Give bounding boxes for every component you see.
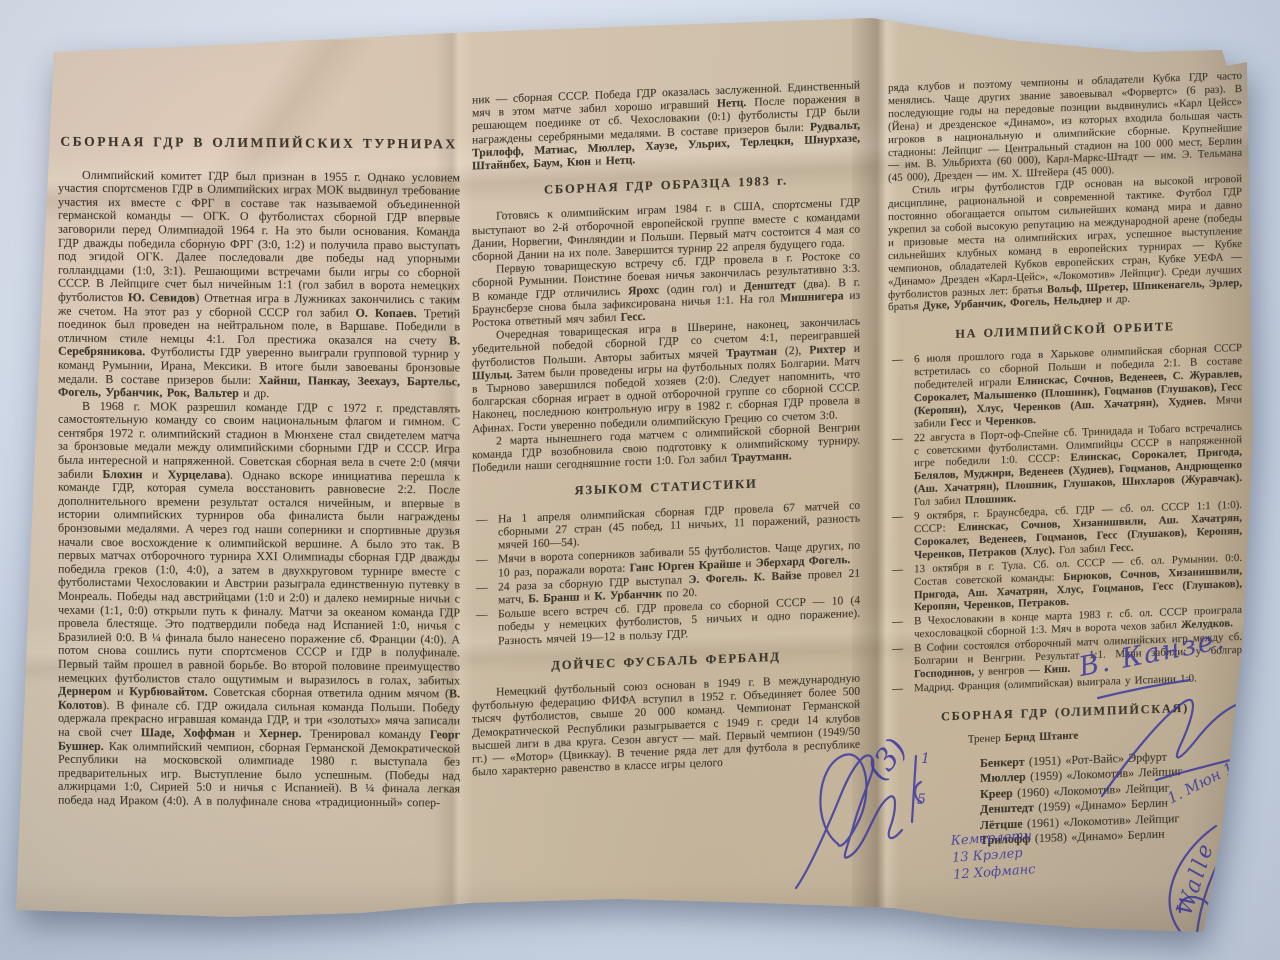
brochure-paper: СБОРНАЯ ГДР В ОЛИМПИЙСКИХ ТУРНИРАХОлимпи… <box>0 0 1280 960</box>
paragraph-text: ник — сборная СССР. Победа ГДР оказалась… <box>472 79 860 173</box>
bulleted-entry: —22 августа в Порт-оф-Спейне сб. Тринида… <box>888 420 1242 510</box>
handwritten-vertical-signature: Walle <box>1172 839 1219 919</box>
paragraph-text: Немецкий футбольный союз основан в 1949 … <box>472 671 860 778</box>
handwritten-notes-block: Кемерлети 13 Крэлер 12 Хофманс <box>950 827 1036 884</box>
handwritten-mark-one: 1 <box>921 751 930 767</box>
column-left: СБОРНАЯ ГДР В ОЛИМПИЙСКИХ ТУРНИРАХОлимпи… <box>58 135 460 810</box>
dash-marker: — <box>476 581 488 595</box>
paragraph-text: Олимпийский комитет ГДР был признан в 19… <box>58 168 460 402</box>
dash-marker: — <box>892 511 903 524</box>
dash-marker: — <box>892 432 903 445</box>
dash-marker: — <box>892 354 903 367</box>
paragraph-text: Стиль игры футболистов ГДР основан на вы… <box>888 173 1242 314</box>
paper-shadow-wrap: СБОРНАЯ ГДР В ОЛИМПИЙСКИХ ТУРНИРАХОлимпи… <box>0 0 1280 960</box>
section-heading: ЯЗЫКОМ СТАТИСТИКИ <box>472 474 860 502</box>
paragraph-text: ряда клубов и поэтому чемпионы и обладат… <box>888 70 1242 186</box>
section-heading: СБОРНАЯ ГДР В ОЛИМПИЙСКИХ ТУРНИРАХ <box>58 135 460 151</box>
column-middle: ник — сборная СССР. Победа ГДР оказалась… <box>472 79 860 779</box>
bulleted-entry: —6 июля прошлого года в Харькове олимпий… <box>888 342 1242 432</box>
dash-marker: — <box>476 553 488 567</box>
handwritten-mark-five: 5 <box>917 792 926 808</box>
photo-of-brochure: СБОРНАЯ ГДР В ОЛИМПИЙСКИХ ТУРНИРАХОлимпи… <box>0 0 1280 960</box>
dash-marker: — <box>892 643 903 656</box>
dash-marker: — <box>476 608 488 622</box>
column-right: ряда клубов и поэтому чемпионы и обладат… <box>888 70 1242 852</box>
section-heading: ДОЙЧЕС ФУСБАЛЬ ФЕРБАНД <box>472 647 860 675</box>
dash-marker: — <box>892 616 903 629</box>
trainer-line: Тренер Бернд Штанге <box>888 724 1242 749</box>
section-heading: НА ОЛИМПИЙСКОЙ ОРБИТЕ <box>888 318 1242 343</box>
section-heading: СБОРНАЯ ГДР (ОЛИМПИЙСКАЯ) <box>888 700 1242 725</box>
section-heading: СБОРНАЯ ГДР ОБРАЗЦА 1983 г. <box>472 172 860 200</box>
autograph-loop-center <box>820 754 866 845</box>
dash-marker: — <box>892 563 903 576</box>
dash-marker: — <box>476 513 488 527</box>
paragraph-text: В 1968 г. МОК разрешил команде ГДР с 197… <box>58 399 460 810</box>
paper-edge-shadow-bottom <box>0 880 1280 940</box>
paragraph-text: Очередная товарищеская игра в Шверине, н… <box>472 315 860 436</box>
dash-marker: — <box>892 683 903 696</box>
